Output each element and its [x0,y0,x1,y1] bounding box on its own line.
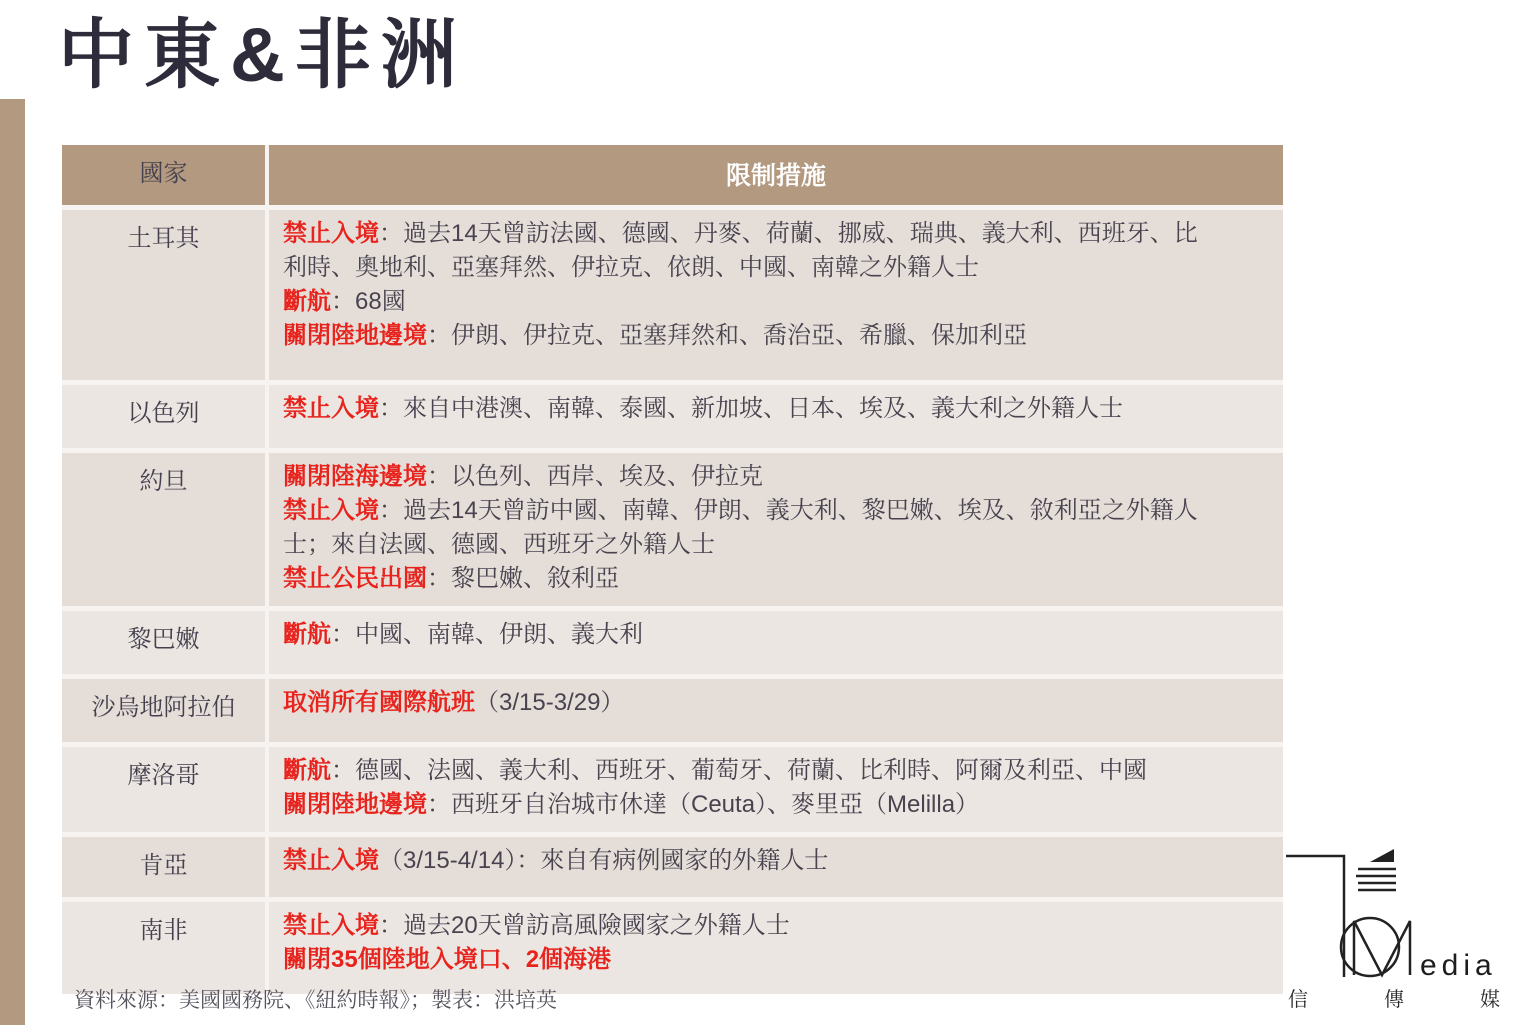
measure-text: （3/15-3/29） [475,689,624,716]
country-cell: 摩洛哥 [62,747,265,832]
table-row: 南非禁止入境：過去20天曾訪高風險國家之外籍人士關閉35個陸地入境口、2個海港 [62,902,1283,994]
country-cell: 黎巴嫩 [62,611,265,674]
measures-cell: 斷航：中國、南韓、伊朗、義大利 [269,611,1283,674]
table-row: 黎巴嫩斷航：中國、南韓、伊朗、義大利 [62,611,1283,674]
country-cell: 南非 [62,902,265,994]
measure-label-red: 關閉陸海邊境 [283,463,427,490]
table-row: 肯亞禁止入境（3/15-4/14）：來自有病例國家的外籍人士 [62,837,1283,897]
measures-cell: 禁止入境：過去14天曾訪法國、德國、丹麥、荷蘭、挪威、瑞典、義大利、西班牙、比利… [269,210,1283,380]
cmedia-logo-mark: edia [1278,845,1518,980]
measure-line: 斷航：中國、南韓、伊朗、義大利 [283,618,1269,652]
country-cell: 土耳其 [62,210,265,380]
measure-label-red: 取消所有國際航班 [283,689,475,716]
measure-line: 禁止入境（3/15-4/14）：來自有病例國家的外籍人士 [283,844,1269,878]
table-row: 沙烏地阿拉伯取消所有國際航班（3/15-3/29） [62,679,1283,742]
logo-cjk-char: 傳 [1384,983,1404,1012]
measure-label-red: 禁止公民出國 [283,565,427,592]
slide: 中東&非洲 國家 限制措施 土耳其禁止入境：過去14天曾訪法國、德國、丹麥、荷蘭… [0,0,1536,1025]
measure-text: ：黎巴嫩、敘利亞 [427,565,619,592]
measure-line: 士；來自法國、德國、西班牙之外籍人士 [283,528,1269,562]
measure-text: ：德國、法國、義大利、西班牙、葡萄牙、荷蘭、比利時、阿爾及利亞、中國 [331,757,1147,784]
source-note: 資料來源：美國國務院、《紐約時報》；製表：洪培英 [74,984,557,1014]
measure-text: ：過去20天曾訪高風險國家之外籍人士 [379,912,790,939]
measure-text: （3/15-4/14）：來自有病例國家的外籍人士 [379,847,828,874]
measure-line: 斷航：68國 [283,285,1269,319]
measures-cell: 禁止入境：來自中港澳、南韓、泰國、新加坡、日本、埃及、義大利之外籍人士 [269,385,1283,448]
logo-c-circle [1341,918,1399,976]
measures-cell: 取消所有國際航班（3/15-3/29） [269,679,1283,742]
measure-line: 禁止入境：來自中港澳、南韓、泰國、新加坡、日本、埃及、義大利之外籍人士 [283,392,1269,426]
measures-cell: 禁止入境：過去20天曾訪高風險國家之外籍人士關閉35個陸地入境口、2個海港 [269,902,1283,994]
table-header-row: 國家 限制措施 [62,145,1283,205]
logo-cjk-text: 信 傳 媒 [1288,983,1500,1012]
measure-text: ：過去14天曾訪法國、德國、丹麥、荷蘭、挪威、瑞典、義大利、西班牙、比 [379,220,1198,247]
logo-hook-stroke [1286,856,1344,977]
measure-line: 關閉陸地邊境：西班牙自治城市休達（Ceuta）、麥里亞（Melilla） [283,788,1269,822]
measure-line: 關閉陸地邊境：伊朗、伊拉克、亞塞拜然和、喬治亞、希臘、保加利亞 [283,319,1269,353]
measure-label-red: 禁止入境 [283,395,379,422]
measure-label-red: 關閉陸地邊境 [283,791,427,818]
logo-m-stroke [1354,921,1410,975]
table-row: 以色列禁止入境：來自中港澳、南韓、泰國、新加坡、日本、埃及、義大利之外籍人士 [62,385,1283,448]
measure-label-red: 禁止入境 [283,497,379,524]
measure-text: 利時、奧地利、亞塞拜然、伊拉克、依朗、中國、南韓之外籍人士 [283,254,979,281]
country-cell: 以色列 [62,385,265,448]
restrictions-table: 國家 限制措施 土耳其禁止入境：過去14天曾訪法國、德國、丹麥、荷蘭、挪威、瑞典… [62,145,1283,994]
header-measures: 限制措施 [269,145,1283,205]
measure-text: ：過去14天曾訪中國、南韓、伊朗、義大利、黎巴嫩、埃及、敘利亞之外籍人 [379,497,1198,524]
page-title: 中東&非洲 [58,8,467,103]
table-row: 摩洛哥斷航：德國、法國、義大利、西班牙、葡萄牙、荷蘭、比利時、阿爾及利亞、中國關… [62,747,1283,832]
measure-label-red: 禁止入境 [283,847,379,874]
header-country: 國家 [62,145,265,205]
measure-line: 利時、奧地利、亞塞拜然、伊拉克、依朗、中國、南韓之外籍人士 [283,251,1269,285]
measure-text: ：伊朗、伊拉克、亞塞拜然和、喬治亞、希臘、保加利亞 [427,322,1027,349]
cmedia-logo: edia 信 傳 媒 [1278,845,1518,1020]
measure-text: ：以色列、西岸、埃及、伊拉克 [427,463,763,490]
country-cell: 肯亞 [62,837,265,897]
measure-label-red: 關閉35個陸地入境口、2個海港 [283,946,611,973]
measure-label-red: 斷航 [283,621,331,648]
measure-line: 禁止入境：過去20天曾訪高風險國家之外籍人士 [283,909,1269,943]
measure-text: ：中國、南韓、伊朗、義大利 [331,621,643,648]
measures-cell: 關閉陸海邊境：以色列、西岸、埃及、伊拉克禁止入境：過去14天曾訪中國、南韓、伊朗… [269,453,1283,606]
logo-text-edia: edia [1420,949,1497,980]
measure-label-red: 斷航 [283,757,331,784]
country-cell: 約旦 [62,453,265,606]
measure-line: 關閉陸海邊境：以色列、西岸、埃及、伊拉克 [283,460,1269,494]
table-row: 土耳其禁止入境：過去14天曾訪法國、德國、丹麥、荷蘭、挪威、瑞典、義大利、西班牙… [62,210,1283,380]
measure-line: 關閉35個陸地入境口、2個海港 [283,943,1269,977]
measure-text: ：68國 [331,288,406,315]
measure-text: ：來自中港澳、南韓、泰國、新加坡、日本、埃及、義大利之外籍人士 [379,395,1123,422]
country-cell: 沙烏地阿拉伯 [62,679,265,742]
measure-line: 斷航：德國、法國、義大利、西班牙、葡萄牙、荷蘭、比利時、阿爾及利亞、中國 [283,754,1269,788]
measure-text: ：西班牙自治城市休達（Ceuta）、麥里亞（Melilla） [427,791,979,818]
logo-cjk-char: 媒 [1480,983,1500,1012]
measure-line: 禁止公民出國：黎巴嫩、敘利亞 [283,562,1269,596]
measure-label-red: 關閉陸地邊境 [283,322,427,349]
table-row: 約旦關閉陸海邊境：以色列、西岸、埃及、伊拉克禁止入境：過去14天曾訪中國、南韓、… [62,453,1283,606]
measures-cell: 禁止入境（3/15-4/14）：來自有病例國家的外籍人士 [269,837,1283,897]
measure-line: 禁止入境：過去14天曾訪法國、德國、丹麥、荷蘭、挪威、瑞典、義大利、西班牙、比 [283,217,1269,251]
measure-line: 禁止入境：過去14天曾訪中國、南韓、伊朗、義大利、黎巴嫩、埃及、敘利亞之外籍人 [283,494,1269,528]
measure-line: 取消所有國際航班（3/15-3/29） [283,686,1269,720]
logo-cjk-char: 信 [1288,983,1308,1012]
logo-flag-icon [1370,849,1394,862]
measure-label-red: 禁止入境 [283,912,379,939]
measure-text: 士；來自法國、德國、西班牙之外籍人士 [283,531,715,558]
measure-label-red: 禁止入境 [283,220,379,247]
measure-label-red: 斷航 [283,288,331,315]
measures-cell: 斷航：德國、法國、義大利、西班牙、葡萄牙、荷蘭、比利時、阿爾及利亞、中國關閉陸地… [269,747,1283,832]
left-accent-bar [0,99,25,1025]
